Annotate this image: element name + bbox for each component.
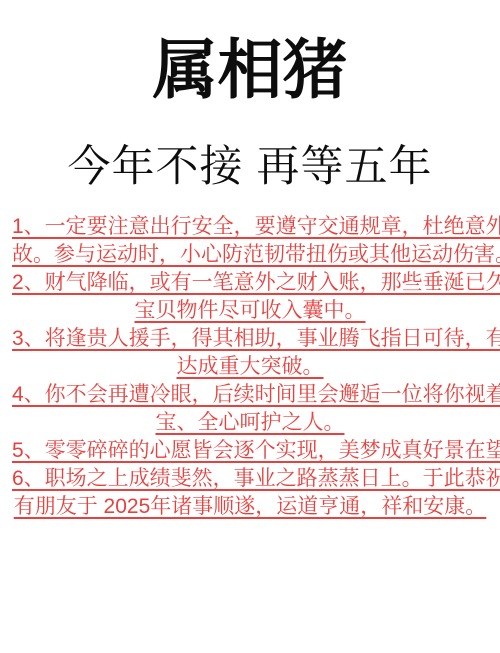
fortune-item-4-line-1: 4、你不会再遭冷眼，后续时间里会邂逅一位将你视着珍 xyxy=(12,381,488,409)
fortune-item-4: 4、你不会再遭冷眼，后续时间里会邂逅一位将你视着珍 宝、全心呵护之人。 xyxy=(12,381,488,437)
fortune-item-1-line-2: 故。参与运动时，小心防范韧带扭伤或其他运动伤害。 xyxy=(12,241,488,269)
fortune-item-2: 2、财气降临，或有一笔意外之财入账，那些垂涎已久的 宝贝物件尽可收入囊中。 xyxy=(12,269,488,325)
page-title: 属相猪 xyxy=(0,0,500,104)
fortune-item-3-line-1: 3、将逢贵人援手，得其相助，事业腾飞指日可待，有望 xyxy=(12,325,488,353)
fortune-item-3-line-2: 达成重大突破。 xyxy=(12,353,488,381)
fortune-item-5-line-1: 5、零零碎碎的心愿皆会逐个实现，美梦成真好景在望。 xyxy=(12,437,488,465)
fortune-item-5: 5、零零碎碎的心愿皆会逐个实现，美梦成真好景在望。 xyxy=(12,437,488,465)
fortune-card: 属相猪 今年不接 再等五年 1、一定要注意出行安全，要遵守交通规章，杜绝意外事 … xyxy=(0,0,500,653)
fortune-item-2-line-1: 2、财气降临，或有一笔意外之财入账，那些垂涎已久的 xyxy=(12,269,488,297)
fortune-item-6-line-1: 6、职场之上成绩斐然，事业之路蒸蒸日上。于此恭祝所 xyxy=(12,465,488,493)
fortune-item-1-line-1: 1、一定要注意出行安全，要遵守交通规章，杜绝意外事 xyxy=(12,213,488,241)
fortune-item-3: 3、将逢贵人援手，得其相助，事业腾飞指日可待，有望 达成重大突破。 xyxy=(12,325,488,381)
fortune-item-6: 6、职场之上成绩斐然，事业之路蒸蒸日上。于此恭祝所 有朋友于 2025年诸事顺遂… xyxy=(12,465,488,521)
fortune-item-6-line-2: 有朋友于 2025年诸事顺遂，运道亨通，祥和安康。 xyxy=(12,493,488,521)
fortune-item-1: 1、一定要注意出行安全，要遵守交通规章，杜绝意外事 故。参与运动时，小心防范韧带… xyxy=(12,213,488,269)
page-subtitle: 今年不接 再等五年 xyxy=(0,146,500,189)
fortune-item-2-line-2: 宝贝物件尽可收入囊中。 xyxy=(12,297,488,325)
fortune-item-4-line-2: 宝、全心呵护之人。 xyxy=(12,409,488,437)
fortune-list: 1、一定要注意出行安全，要遵守交通规章，杜绝意外事 故。参与运动时，小心防范韧带… xyxy=(0,213,500,521)
